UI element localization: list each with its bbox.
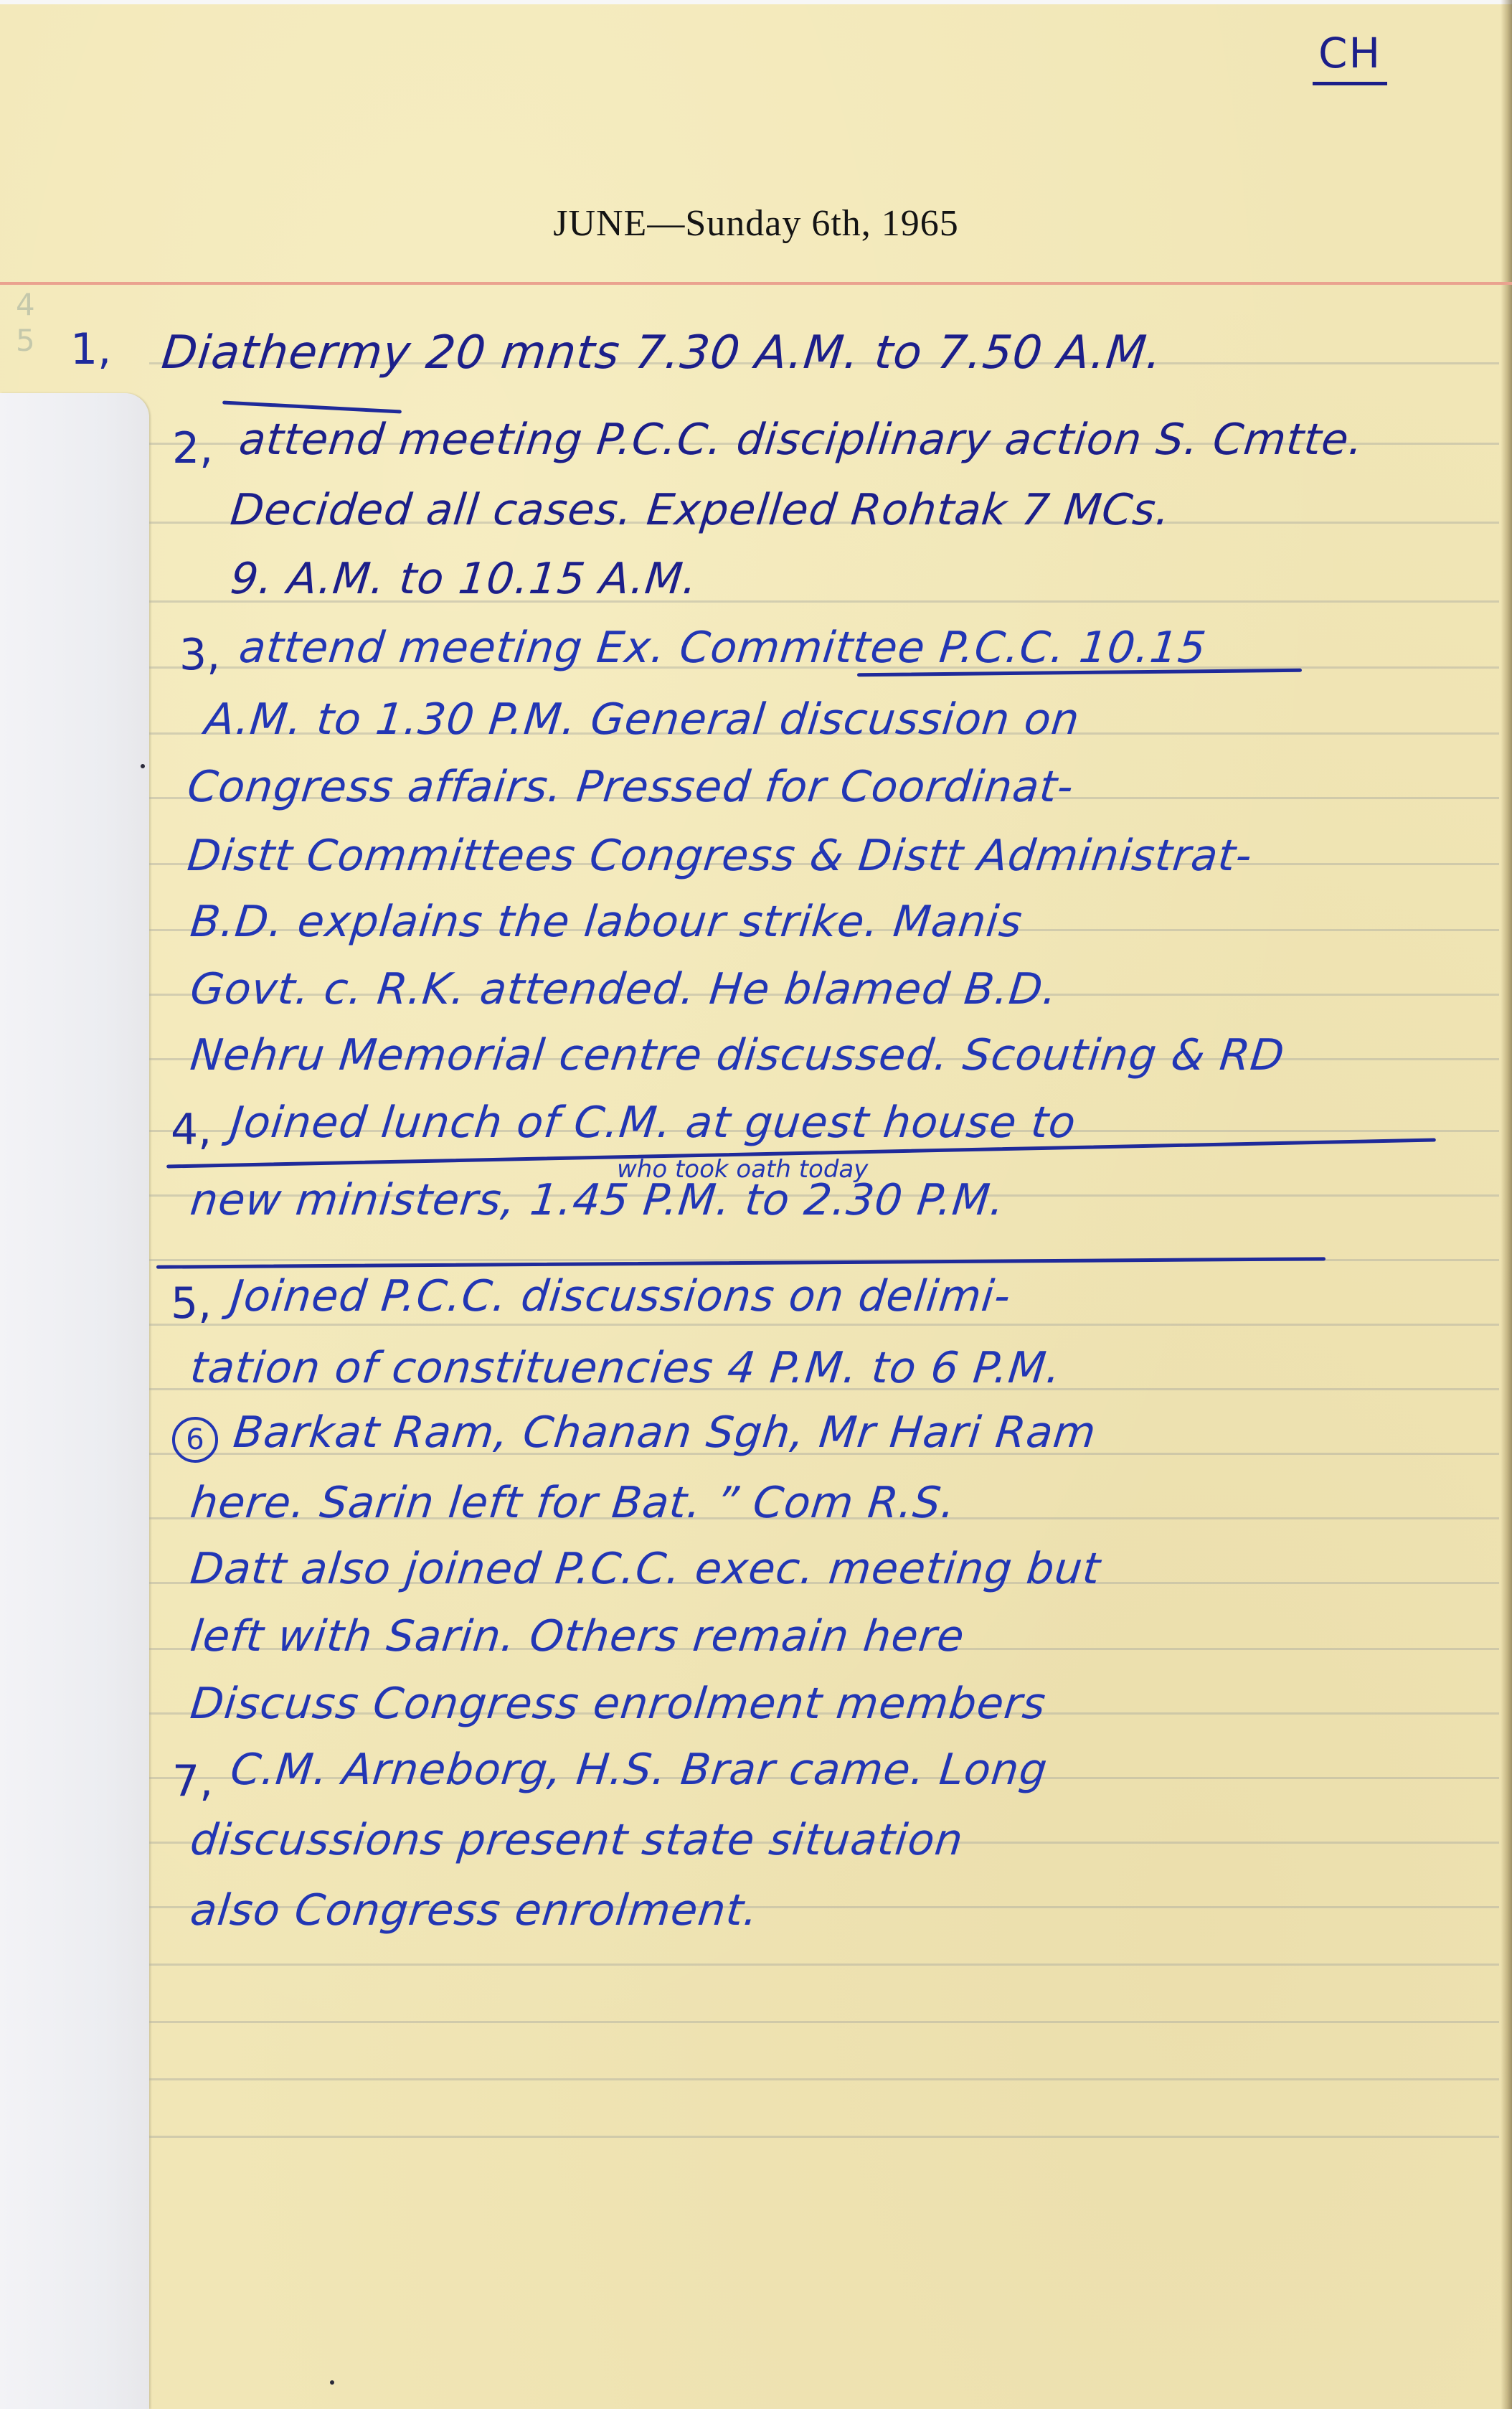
diary-entries: 1, Diathermy 20 mnts 7.30 A.M. to 7.50 A… [0,0,1512,2409]
entry-number: 4, [171,1105,212,1155]
underline-mark [156,1257,1326,1268]
entry-line: new ministers, 1.45 P.M. to 2.30 P.M. [188,1175,1007,1225]
entry-number: 7, [172,1756,213,1806]
entry-line: 9. A.M. to 10.15 A.M. [228,554,700,604]
entry-line: Joined P.C.C. discussions on delimi- [228,1271,1013,1321]
circled-entry-number: 6 [172,1417,218,1463]
entry-line: Congress affairs. Pressed for Coordinat- [185,762,1076,812]
entry-line: Nehru Memorial centre discussed. Scoutin… [188,1030,1287,1080]
entry-line: C.M. Arneborg, H.S. Brar came. Long [228,1745,1050,1795]
entry-line: Govt. c. R.K. attended. He blamed B.D. [188,964,1060,1014]
entry-line: left with Sarin. Others remain here [188,1611,967,1661]
entry-line: Joined lunch of C.M. at guest house to [228,1098,1079,1148]
entry-number: 3, [179,630,220,680]
entry-line: tation of constituencies 4 P.M. to 6 P.M… [188,1343,1064,1393]
entry-line: discussions present state situation [188,1815,965,1865]
diary-page: 4 5 CH JUNE—Sunday 6th, 1965 1, Diatherm… [0,0,1512,2409]
entry-line: Diathermy 20 mnts 7.30 A.M. to 7.50 A.M. [159,326,1165,379]
entry-line: B.D. explains the labour strike. Manis [188,897,1025,947]
entry-line: attend meeting P.C.C. disciplinary actio… [237,415,1366,465]
entry-line: Barkat Ram, Chanan Sgh, Mr Hari Ram [231,1408,1099,1458]
underline-mark [222,400,402,413]
entry-line: Distt Committees Congress & Distt Admini… [185,831,1255,881]
entry-line: Datt also joined P.C.C. exec. meeting bu… [188,1544,1103,1594]
entry-number: 5, [171,1278,212,1329]
entry-line: here. Sarin left for Bat. ” Com R.S. [188,1478,958,1528]
entry-line: A.M. to 1.30 P.M. General discussion on [202,694,1082,745]
entry-number: 2, [172,423,213,473]
entry-line: attend meeting Ex. Committee P.C.C. 10.1… [237,623,1209,673]
entry-line: Decided all cases. Expelled Rohtak 7 MCs… [228,485,1173,535]
entry-line: Discuss Congress enrolment members [188,1679,1049,1729]
entry-line: also Congress enrolment. [188,1885,761,1936]
entry-number: 1, [70,324,111,374]
